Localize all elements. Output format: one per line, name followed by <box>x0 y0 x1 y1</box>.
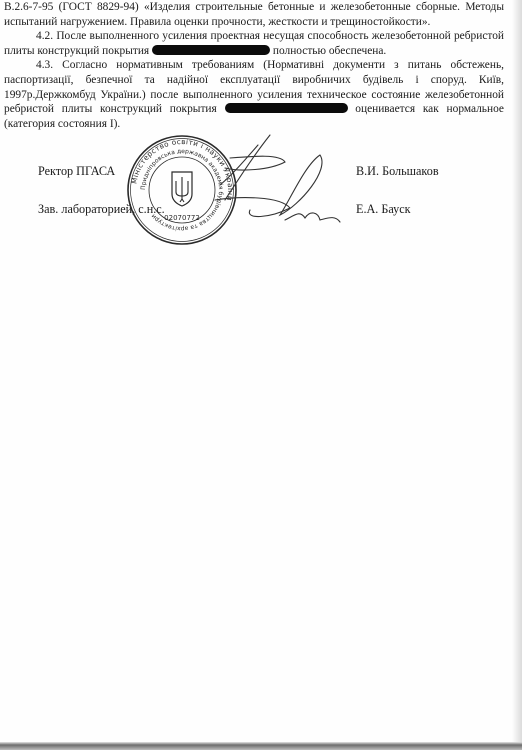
paragraph-standard-reference: В.2.6-7-95 (ГОСТ 8829-94) «Изделия строи… <box>4 0 504 29</box>
signature-role-rector: Ректор ПГАСА <box>38 164 115 179</box>
redacted-block <box>152 45 270 55</box>
document-page: В.2.6-7-95 (ГОСТ 8829-94) «Изделия строи… <box>0 0 522 750</box>
scan-edge-shadow <box>512 0 522 750</box>
paragraph-4-3: 4.3. Согласно нормативным требованиям (Н… <box>4 58 504 131</box>
redacted-block <box>225 103 348 113</box>
trident-icon <box>172 172 192 206</box>
signature-name-rector: В.И. Большаков <box>356 164 439 179</box>
scan-bottom-edge <box>0 742 522 750</box>
document-body: В.2.6-7-95 (ГОСТ 8829-94) «Изделия строи… <box>4 0 504 131</box>
stamp-code: 02070772 <box>164 214 200 222</box>
paragraph-4-2-after: полностью обеспечена. <box>270 45 386 57</box>
paragraph-4-2: 4.2. После выполненного усиления проектн… <box>4 29 504 58</box>
handwritten-signature-icon <box>210 130 350 230</box>
signature-name-lab-head: Е.А. Бауск <box>356 202 411 217</box>
